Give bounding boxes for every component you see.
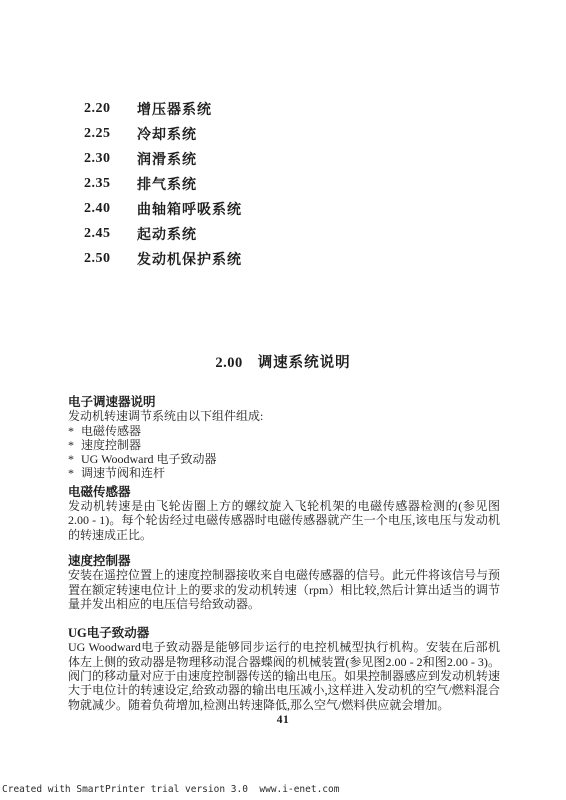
toc-item-number: 2.40 bbox=[84, 201, 122, 217]
toc-item-title: 排气系统 bbox=[137, 174, 197, 194]
section-heading: 速度控制器 bbox=[68, 554, 500, 568]
toc-item: 2.45 起动系统 bbox=[84, 221, 242, 246]
toc-item-number: 2.45 bbox=[84, 226, 122, 242]
section-governor-overview: 电子调速器说明 发动机转速调节系统由以下组件组成: *电磁传感器 *速度控制器 … bbox=[68, 395, 500, 481]
toc-item-number: 2.30 bbox=[84, 151, 122, 167]
bullet-item: *电磁传感器 bbox=[68, 424, 500, 438]
toc-item-title: 润滑系统 bbox=[137, 149, 197, 169]
section-magnetic-sensor: 电磁传感器 发动机转速是由飞轮齿圈上方的螺纹旋入飞轮机架的电磁传感器检测的(参见… bbox=[68, 485, 500, 542]
section-heading: UG电子致动器 bbox=[68, 626, 500, 640]
toc-item: 2.25 冷却系统 bbox=[84, 122, 242, 147]
bullet-text: 调速节阀和连杆 bbox=[81, 466, 165, 480]
section-heading: 电磁传感器 bbox=[68, 485, 500, 499]
chapter-heading: 2.00调速系统说明 bbox=[0, 351, 566, 372]
toc-item: 2.35 排气系统 bbox=[84, 172, 242, 197]
toc-list: 2.20 增压器系统 2.25 冷却系统 2.30 润滑系统 2.35 排气系统… bbox=[84, 97, 242, 271]
bullet-marker: * bbox=[68, 466, 74, 480]
section-ug-actuator: UG电子致动器 UG Woodward电子致动器是能够同步运行的电控机械型执行机… bbox=[68, 626, 500, 712]
bullet-item: *UG Woodward 电子致动器 bbox=[68, 452, 500, 466]
bullet-marker: * bbox=[68, 424, 74, 438]
page-number: 41 bbox=[0, 714, 566, 726]
section-paragraph: 发动机转速是由飞轮齿圈上方的螺纹旋入飞轮机架的电磁传感器检测的(参见图2.00 … bbox=[68, 499, 500, 542]
bullet-marker: * bbox=[68, 438, 74, 452]
body-text: 电子调速器说明 发动机转速调节系统由以下组件组成: *电磁传感器 *速度控制器 … bbox=[68, 395, 500, 712]
section-speed-controller: 速度控制器 安装在遥控位置上的速度控制器接收来自电磁传感器的信号。此元件将该信号… bbox=[68, 554, 500, 611]
smartprinter-footer: Created with SmartPrinter trial version … bbox=[2, 784, 339, 795]
bullet-text: UG Woodward 电子致动器 bbox=[81, 452, 216, 466]
section-heading: 电子调速器说明 bbox=[68, 395, 500, 409]
toc-item: 2.40 曲轴箱呼吸系统 bbox=[84, 197, 242, 222]
toc-item-number: 2.20 bbox=[84, 101, 122, 117]
chapter-heading-number: 2.00 bbox=[215, 355, 242, 371]
bullet-text: 速度控制器 bbox=[81, 438, 141, 452]
toc-item: 2.50 发动机保护系统 bbox=[84, 246, 242, 271]
bullet-item: *调速节阀和连杆 bbox=[68, 466, 500, 480]
toc-item-title: 增压器系统 bbox=[137, 99, 212, 119]
section-paragraph: 安装在遥控位置上的速度控制器接收来自电磁传感器的信号。此元件将该信号与预置在额定… bbox=[68, 568, 500, 611]
section-paragraph: UG Woodward电子致动器是能够同步运行的电控机械型执行机构。安装在后部机… bbox=[68, 640, 500, 711]
bullet-text: 电磁传感器 bbox=[81, 424, 141, 438]
toc-item-number: 2.25 bbox=[84, 126, 122, 142]
toc-item-title: 曲轴箱呼吸系统 bbox=[137, 199, 242, 219]
toc-item-title: 起动系统 bbox=[137, 224, 197, 244]
toc-item: 2.30 润滑系统 bbox=[84, 147, 242, 172]
document-page: 2.20 增压器系统 2.25 冷却系统 2.30 润滑系统 2.35 排气系统… bbox=[0, 0, 566, 800]
toc-item-number: 2.35 bbox=[84, 176, 122, 192]
section-intro: 发动机转速调节系统由以下组件组成: bbox=[68, 409, 500, 423]
toc-item-number: 2.50 bbox=[84, 251, 122, 267]
bullet-item: *速度控制器 bbox=[68, 438, 500, 452]
bullet-marker: * bbox=[68, 452, 74, 466]
toc-item-title: 冷却系统 bbox=[137, 124, 197, 144]
chapter-heading-title: 调速系统说明 bbox=[258, 355, 351, 371]
toc-item-title: 发动机保护系统 bbox=[137, 249, 242, 269]
toc-item: 2.20 增压器系统 bbox=[84, 97, 242, 122]
